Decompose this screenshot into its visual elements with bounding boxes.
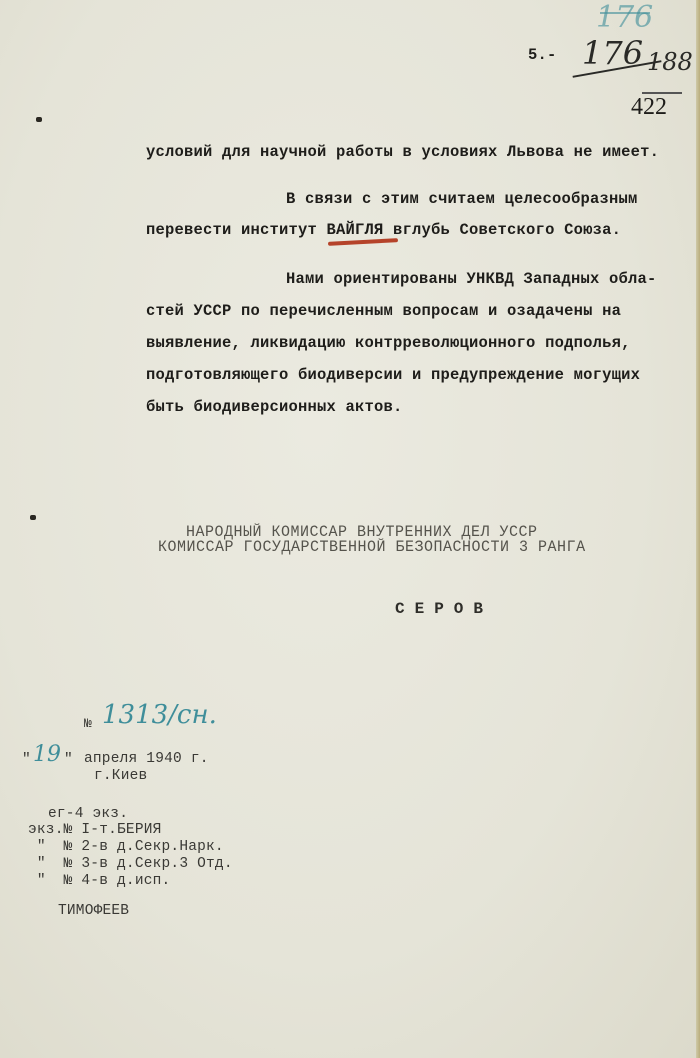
date-month-year: апреля 1940 г.	[84, 751, 209, 767]
para2-line-2: перевести институт ВАЙГЛЯ вглубь Советск…	[146, 221, 621, 239]
signature-title-line-2: КОМИССАР ГОСУДАРСТВЕННОЙ БЕЗОПАСНОСТИ 3 …	[158, 539, 586, 557]
para3-line-3: выявление, ликвидацию контрреволюционног…	[146, 334, 631, 352]
page-edge	[696, 0, 700, 1058]
number-sign: №	[84, 716, 92, 731]
distribution-item-4: " № 4-в д.исп.	[28, 873, 170, 889]
date-day-handwritten: 19	[33, 742, 61, 767]
date-quote-open: "	[22, 752, 31, 768]
distribution-item-2: " № 2-в д.Секр.Нарк.	[28, 839, 224, 855]
punch-hole-middle	[30, 515, 36, 520]
para2-line-1: В связи с этим считаем целесообразным	[286, 190, 638, 208]
copies-count: ег-4 экз.	[48, 806, 128, 822]
archive-sheet-number: 422	[631, 94, 667, 121]
body-line-1: условий для научной работы в условиях Ль…	[146, 143, 659, 161]
registration-number-handwritten: 1313/сн.	[102, 700, 217, 730]
document-page: 5.- 176 176 188 422 условий для научной …	[0, 0, 700, 1058]
red-underline-mark	[328, 238, 398, 246]
executor-name: ТИМОФЕЕВ	[58, 903, 129, 919]
page-number: 5.-	[528, 46, 557, 64]
para3-line-5: быть биодиверсионных актов.	[146, 398, 403, 416]
para3-line-4: подготовляющего биодиверсии и предупрежд…	[146, 366, 640, 384]
archive-number-handwritten: 188	[647, 48, 693, 76]
punch-hole-top	[36, 117, 42, 122]
city: г.Киев	[94, 768, 147, 784]
signatory-name: С Е Р О В	[395, 600, 483, 618]
distribution-item-1: экз.№ I-т.БЕРИЯ	[28, 822, 162, 838]
para3-line-1: Нами ориентированы УНКВД Западных обла-	[286, 270, 657, 288]
blue-strike	[600, 12, 650, 14]
distribution-item-3: " № 3-в д.Секр.3 Отд.	[28, 856, 233, 872]
archive-number-blue: 176	[596, 0, 653, 35]
date-quote-close: "	[64, 752, 73, 768]
para3-line-2: стей УССР по перечисленным вопросам и оз…	[146, 302, 621, 320]
